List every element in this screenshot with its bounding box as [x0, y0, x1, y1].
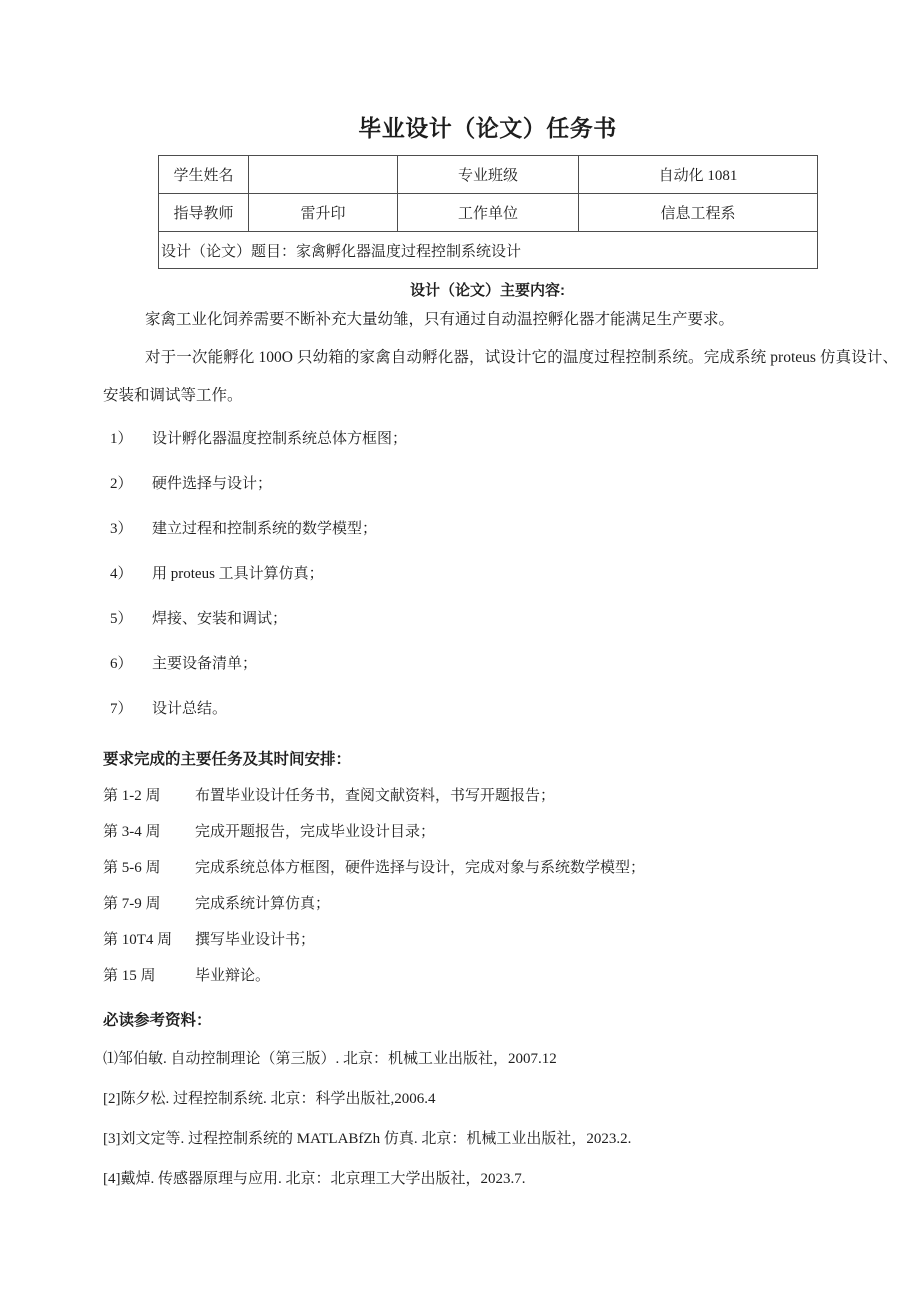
item-text: 焊接、安装和调试；	[152, 611, 287, 627]
week-task: 完成系统总体方框图，硬件选择与设计，完成对象与系统数学模型；	[195, 860, 645, 876]
item-number: 5）	[110, 611, 133, 627]
schedule-row: 第 1-2 周 布置毕业设计任务书，查阅文献资料，书写开题报告；	[103, 788, 898, 804]
reference-item: [3]刘文定等. 过程控制系统的 MATLABfZh 仿真. 北京：机械工业出版…	[103, 1131, 898, 1147]
document-body: 家禽工业化饲养需要不断补充大量幼雏，只有通过自动温控孵化器才能满足生产要求。 对…	[103, 301, 898, 1187]
content-item: 7） 设计总结。	[103, 701, 898, 717]
main-content-heading: 设计（论文）主要内容:	[158, 281, 817, 301]
item-text: 用 proteus 工具计算仿真；	[152, 566, 324, 582]
content-item: 3） 建立过程和控制系统的数学模型；	[103, 521, 898, 537]
content-item: 1） 设计孵化器温度控制系统总体方框图；	[103, 431, 898, 447]
major-class-value: 自动化 1081	[579, 156, 818, 194]
table-row: 学生姓名 专业班级 自动化 1081	[159, 156, 818, 194]
content-item: 6） 主要设备清单；	[103, 656, 898, 672]
advisor-label: 指导教师	[159, 194, 249, 232]
item-text: 硬件选择与设计；	[152, 476, 272, 492]
item-text: 设计孵化器温度控制系统总体方框图；	[152, 431, 407, 447]
advisor-value: 雷升印	[249, 194, 398, 232]
week-task: 撰写毕业设计书；	[195, 932, 315, 948]
item-number: 4）	[110, 566, 133, 582]
item-number: 6）	[110, 656, 133, 672]
item-text: 主要设备清单；	[152, 656, 257, 672]
work-unit-value: 信息工程系	[579, 194, 818, 232]
document-page: { "page": { "title": "毕业设计（论文）任务书" }, "i…	[0, 0, 920, 1301]
content-item: 2） 硬件选择与设计；	[103, 476, 898, 492]
schedule-row: 第 5-6 周 完成系统总体方框图，硬件选择与设计，完成对象与系统数学模型；	[103, 860, 898, 876]
content-item: 5） 焊接、安装和调试；	[103, 611, 898, 627]
reference-item: [2]陈夕松. 过程控制系统. 北京：科学出版社,2006.4	[103, 1091, 898, 1107]
week-label: 第 7-9 周	[103, 896, 161, 912]
schedule-row: 第 15 周 毕业辩论。	[103, 968, 898, 984]
intro-paragraph: 家禽工业化饲养需要不断补充大量幼雏，只有通过自动温控孵化器才能满足生产要求。	[103, 301, 898, 339]
table-row: 设计（论文）题目：家禽孵化器温度过程控制系统设计	[159, 232, 818, 269]
table-row: 指导教师 雷升印 工作单位 信息工程系	[159, 194, 818, 232]
student-name-label: 学生姓名	[159, 156, 249, 194]
work-unit-label: 工作单位	[398, 194, 579, 232]
item-text: 设计总结。	[152, 701, 227, 717]
major-class-label: 专业班级	[398, 156, 579, 194]
item-text: 建立过程和控制系统的数学模型；	[152, 521, 377, 537]
references-section-heading: 必读参考资料：	[103, 1010, 898, 1031]
page-title: 毕业设计（论文）任务书	[158, 114, 817, 142]
task-paragraph: 对于一次能孵化 100O 只幼箱的家禽自动孵化器，试设计它的温度过程控制系统。完…	[103, 339, 898, 415]
item-number: 1）	[110, 431, 133, 447]
week-label: 第 3-4 周	[103, 824, 161, 840]
week-task: 毕业辩论。	[195, 968, 270, 984]
week-task: 布置毕业设计任务书，查阅文献资料，书写开题报告；	[195, 788, 555, 804]
reference-item: ⑴邹伯敏. 自动控制理论（第三版）. 北京：机械工业出版社，2007.12	[103, 1051, 898, 1067]
week-label: 第 10T4 周	[103, 932, 172, 948]
week-label: 第 5-6 周	[103, 860, 161, 876]
content-item: 4） 用 proteus 工具计算仿真；	[103, 566, 898, 582]
info-table: 学生姓名 专业班级 自动化 1081 指导教师 雷升印 工作单位 信息工程系 设…	[158, 155, 818, 269]
week-task: 完成开题报告，完成毕业设计目录；	[195, 824, 435, 840]
content-item-list: 1） 设计孵化器温度控制系统总体方框图； 2） 硬件选择与设计； 3） 建立过程…	[103, 431, 898, 717]
item-number: 3）	[110, 521, 133, 537]
schedule-row: 第 3-4 周 完成开题报告，完成毕业设计目录；	[103, 824, 898, 840]
student-name-value	[249, 156, 398, 194]
item-number: 2）	[110, 476, 133, 492]
thesis-topic-cell: 设计（论文）题目：家禽孵化器温度过程控制系统设计	[159, 232, 818, 269]
schedule-row: 第 7-9 周 完成系统计算仿真；	[103, 896, 898, 912]
tasks-section-heading: 要求完成的主要任务及其时间安排：	[103, 749, 898, 770]
week-label: 第 15 周	[103, 968, 156, 984]
item-number: 7）	[110, 701, 133, 717]
schedule-row: 第 10T4 周 撰写毕业设计书；	[103, 932, 898, 948]
week-label: 第 1-2 周	[103, 788, 161, 804]
week-task: 完成系统计算仿真；	[195, 896, 330, 912]
reference-item: [4]戴焯. 传感器原理与应用. 北京：北京理工大学出版社，2023.7.	[103, 1171, 898, 1187]
